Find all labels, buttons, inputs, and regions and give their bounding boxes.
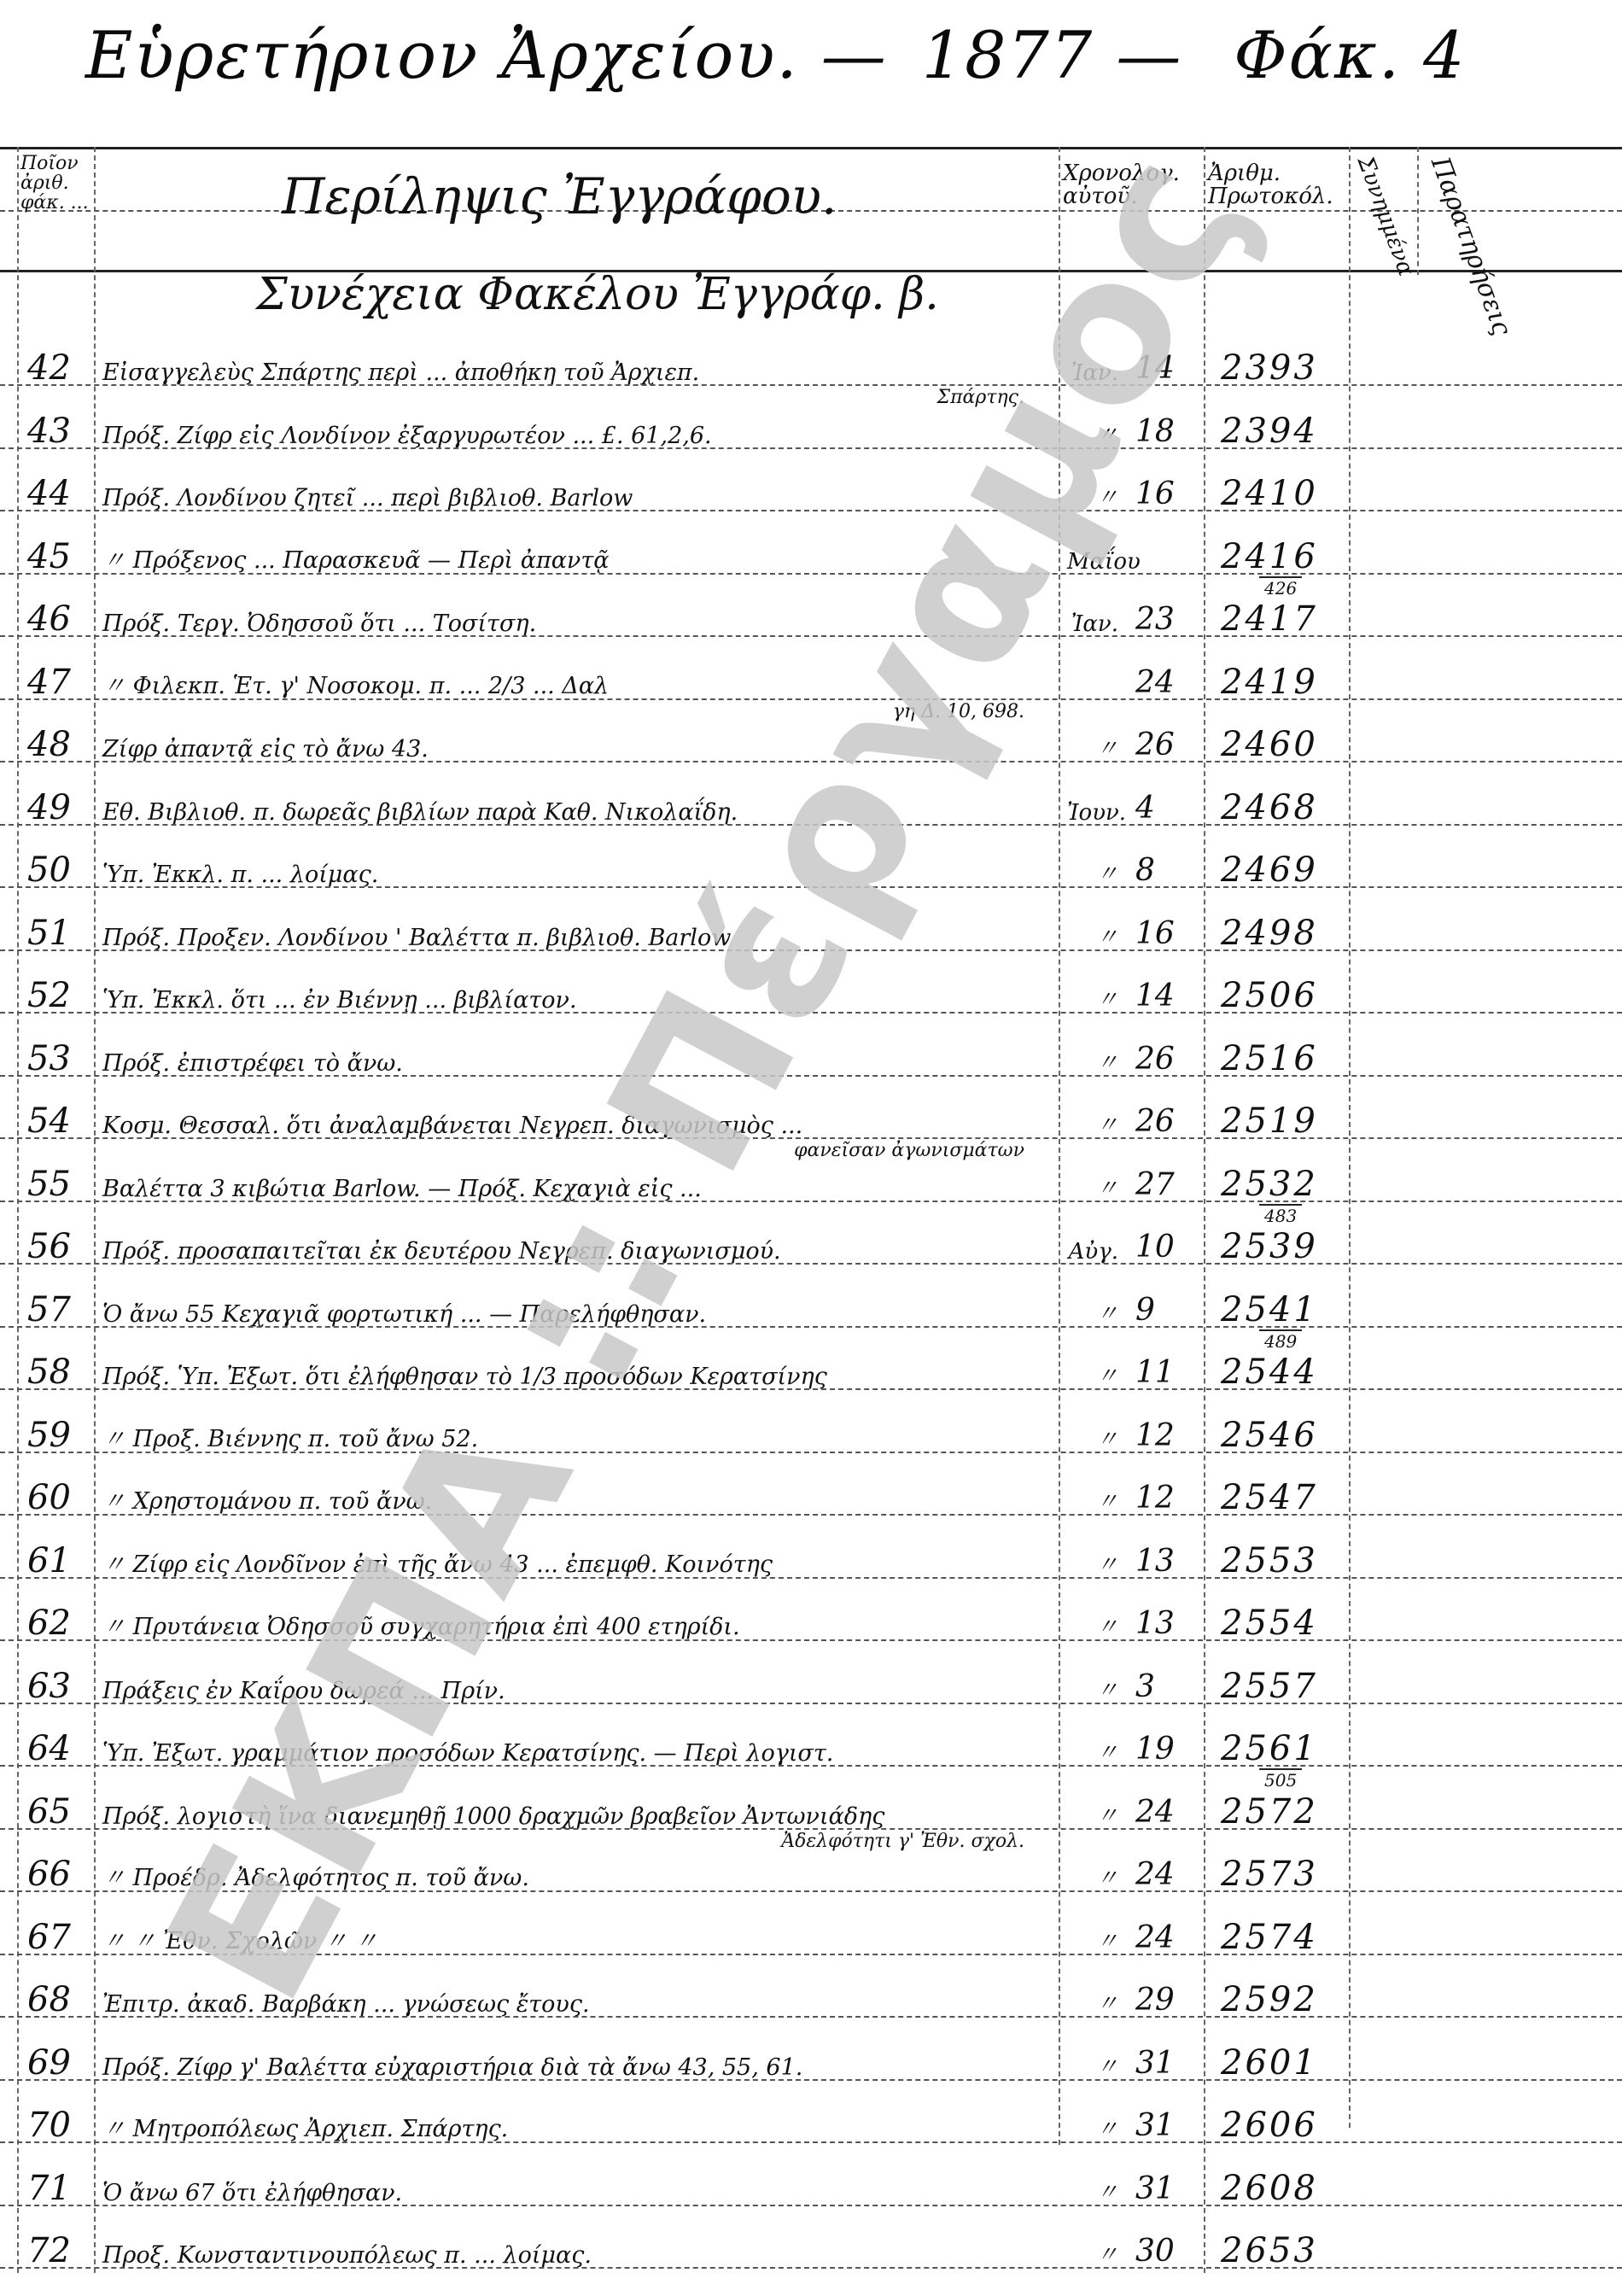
row-rule (0, 761, 1622, 762)
row-number: 67 (27, 1918, 96, 1957)
row-protocol-number: 2546 (1221, 1416, 1340, 1455)
row-rule (0, 1954, 1622, 1955)
row-month: 〃 (1067, 1547, 1118, 1579)
row-month: 〃 (1067, 1484, 1118, 1516)
row-month: 〃 (1067, 2175, 1118, 2206)
row-number: 60 (27, 1478, 96, 1517)
row-month: 〃 (1067, 920, 1118, 951)
column-header-protocol: Ἀριθμ. Πρωτοκόλ. (1208, 162, 1345, 209)
row-number: 72 (27, 2231, 96, 2270)
row-summary: Προξ. Κωνσταντινουπόλεως π. ... λοίμας. (102, 2242, 1041, 2269)
row-month: 〃 (1067, 1107, 1118, 1139)
row-month: Μαΐου (1067, 549, 1118, 575)
row-number: 43 (27, 412, 96, 451)
row-number: 48 (27, 725, 96, 764)
row-day: 31 (1135, 2171, 1187, 2206)
row-rule (0, 384, 1622, 386)
row-protocol-number: 2554 (1221, 1604, 1340, 1643)
row-rule (0, 2079, 1622, 2081)
row-rule (0, 1452, 1622, 1453)
row-month: 〃 (1067, 1358, 1118, 1390)
row-summary: 〃 Ζίφρ εἰς Λονδῖνον ἐπὶ τῆς ἄνω 43 ... ἐ… (102, 1545, 1041, 1579)
row-rule (0, 2016, 1622, 2018)
row-month: Ἰαν. (1067, 611, 1118, 637)
row-day: 26 (1135, 1104, 1187, 1139)
row-rule (0, 824, 1622, 826)
row-rule (0, 1577, 1622, 1579)
row-protocol-number: 2653 (1221, 2231, 1340, 2270)
row-rule (0, 447, 1622, 449)
row-day: 16 (1135, 916, 1187, 951)
row-day: 24 (1135, 1795, 1187, 1830)
row-day: 13 (1135, 1606, 1187, 1641)
row-day: 4 (1135, 791, 1187, 826)
header-top-rule (0, 147, 1622, 149)
row-number: 45 (27, 537, 96, 576)
document-title: Εὑρετήριον Ἀρχείου. —1877 —Φάκ. 4 (85, 17, 1467, 93)
row-day: 13 (1135, 1544, 1187, 1579)
row-day: 12 (1135, 1481, 1187, 1516)
row-protocol-number: 2574 (1221, 1918, 1340, 1957)
row-protocol-number: 2553 (1221, 1541, 1340, 1580)
row-day: 26 (1135, 727, 1187, 762)
row-day: 30 (1135, 2234, 1187, 2269)
row-summary: 〃 Προξ. Βιέννης π. τοῦ ἄνω 52. (102, 1420, 1041, 1453)
row-day: 26 (1135, 1042, 1187, 1077)
row-rule (0, 1828, 1622, 1830)
row-summary: Ὑπ. Ἐκκλ. ὅτι ... ἐν Βιέννῃ ... βιβλίατο… (102, 987, 1041, 1014)
row-protocol-number: 2544 (1221, 1352, 1340, 1392)
row-protocol-number: 2539 (1221, 1227, 1340, 1266)
row-summary: Ὁ ἄνω 67 ὅτι ἐλήφθησαν. (102, 2180, 1041, 2206)
row-month: 〃 (1067, 1735, 1118, 1767)
row-day: 24 (1135, 665, 1187, 700)
row-day: 12 (1135, 1418, 1187, 1453)
row-month: Ἰαν. (1067, 360, 1118, 386)
row-summary: Πρόξ. Τεργ. Ὀδησσοῦ ὅτι ... Τοσίτση. (102, 611, 1041, 637)
row-month: 〃 (1067, 1045, 1118, 1077)
row-month: 〃 (1067, 856, 1118, 888)
row-number: 46 (27, 599, 96, 639)
column-header-summary: Περίληψις Ἐγγράφου. (282, 171, 837, 223)
row-number: 53 (27, 1039, 96, 1078)
row-month: 〃 (1067, 1798, 1118, 1830)
row-protocol-number: 2572 (1221, 1792, 1340, 1832)
table-row: 72Προξ. Κωνσταντινουπόλεως π. ... λοίμας… (0, 2207, 1622, 2286)
row-protocol-number: 2557 (1221, 1667, 1340, 1706)
row-rule (0, 1012, 1622, 1014)
row-day: 3 (1135, 1669, 1187, 1704)
row-summary: 〃 Χρηστομάνου π. τοῦ ἄνω. (102, 1482, 1041, 1516)
row-number: 68 (27, 1980, 96, 2019)
row-month: Ἰουν. (1067, 800, 1118, 826)
row-rule (0, 1201, 1622, 1202)
row-number: 47 (27, 663, 96, 702)
row-summary: Πρόξ. Ζίφρ εἰς Λονδίνον ἐξαργυρωτέον ...… (102, 423, 1041, 449)
row-rule (0, 1075, 1622, 1077)
row-month: 〃 (1067, 480, 1118, 511)
row-number: 69 (27, 2043, 96, 2083)
row-protocol-number: 2394 (1221, 412, 1340, 451)
row-protocol-number: 2516 (1221, 1039, 1340, 1078)
row-day: 9 (1135, 1293, 1187, 1328)
row-summary: Πρόξ. Ζίφρ γ' Βαλέττα εὐχαριστήρια διὰ τ… (102, 2054, 1041, 2081)
row-number: 44 (27, 474, 96, 513)
row-rule (0, 1263, 1622, 1265)
row-summary: Βαλέττα 3 κιβώτια Barlow. — Πρόξ. Κεχαγι… (102, 1176, 1041, 1202)
row-day: 14 (1135, 979, 1187, 1014)
row-month: 〃 (1067, 1673, 1118, 1704)
row-rule (0, 698, 1622, 700)
row-day: 16 (1135, 476, 1187, 511)
row-protocol-number: 2519 (1221, 1101, 1340, 1141)
row-number: 65 (27, 1792, 96, 1832)
row-summary: Πρόξ. λογιστὴ ἵνα διανεμηθῇ 1000 δραχμῶν… (102, 1803, 1041, 1830)
row-month: 〃 (1067, 1422, 1118, 1453)
row-number: 55 (27, 1165, 96, 1204)
section-subtitle: Συνέχεια Φακέλου Ἐγγράφ. β. (256, 269, 939, 320)
row-summary: 〃 Προέδρ. Ἀδελφότητος π. τοῦ ἄνω. (102, 1859, 1041, 1892)
row-protocol-number: 2608 (1221, 2169, 1340, 2208)
row-number: 57 (27, 1290, 96, 1329)
row-day: 27 (1135, 1167, 1187, 1202)
row-day: 14 (1135, 351, 1187, 386)
column-header-enclosure: Συνημμένα (1352, 154, 1417, 279)
row-month: 〃 (1067, 1986, 1118, 2018)
row-summary: Ὑπ. Ἐξωτ. γραμμάτιον προσόδων Κερατσίνης… (102, 1740, 1041, 1767)
row-number: 50 (27, 850, 96, 890)
row-rule (0, 573, 1622, 575)
row-day: 31 (1135, 2046, 1187, 2081)
title-year: 1877 — (922, 17, 1183, 93)
column-divider-enclosure (1417, 147, 1419, 275)
row-number: 62 (27, 1604, 96, 1643)
row-summary: Ἐπιτρ. ἀκαδ. Βαρβάκη ... γνώσεως ἔτους. (102, 1991, 1041, 2018)
row-rule (0, 1326, 1622, 1328)
row-summary: 〃 Φιλεκπ. Ἑτ. γ' Νοσοκομ. π. ... 2/3 ...… (102, 667, 1041, 700)
row-month: 〃 (1067, 2112, 1118, 2143)
row-rule (0, 1137, 1622, 1139)
row-rule (0, 1514, 1622, 1516)
folder-number: Φάκ. 4 (1234, 17, 1466, 93)
row-day: 11 (1135, 1355, 1187, 1390)
row-summary: Πρόξ. ἐπιστρέφει τὸ ἄνω. (102, 1050, 1041, 1077)
row-summary: Κοσμ. Θεσσαλ. ὅτι ἀναλαμβάνεται Νεγρεπ. … (102, 1113, 1041, 1139)
row-summary: Εἰσαγγελεὺς Σπάρτης περὶ ... ἀποθήκη τοῦ… (102, 359, 1041, 386)
row-rule (0, 1703, 1622, 1704)
row-number: 54 (27, 1101, 96, 1141)
row-month: 〃 (1067, 1171, 1118, 1202)
row-number: 61 (27, 1541, 96, 1580)
row-month: 〃 (1067, 1924, 1118, 1955)
row-month: 〃 (1067, 418, 1118, 449)
row-protocol-number: 2468 (1221, 788, 1340, 827)
row-day: 24 (1135, 1920, 1187, 1955)
row-day: 8 (1135, 853, 1187, 888)
row-rule (0, 635, 1622, 637)
row-month: 〃 (1067, 731, 1118, 762)
row-number: 71 (27, 2169, 96, 2208)
row-protocol-number: 2532 (1221, 1165, 1340, 1204)
row-protocol-number: 2541 (1221, 1290, 1340, 1329)
row-summary: Πρόξ. Λονδίνου ζητεῖ ... περὶ βιβλιοθ. B… (102, 485, 1041, 511)
row-number: 52 (27, 976, 96, 1015)
row-number: 63 (27, 1667, 96, 1706)
row-day: 29 (1135, 1983, 1187, 2018)
row-rule (0, 1890, 1622, 1892)
row-summary: Πράξεις ἐν Καΐρου δωρεά ... Πρίν. (102, 1678, 1041, 1704)
row-month: 〃 (1067, 1296, 1118, 1328)
row-summary: 〃 Πρόξενος ... Παρασκευᾶ — Περὶ ἀπαντᾷ (102, 541, 1041, 575)
row-rule (0, 949, 1622, 951)
row-day: 23 (1135, 602, 1187, 637)
row-protocol-number: 2573 (1221, 1855, 1340, 1894)
row-day: 19 (1135, 1732, 1187, 1767)
row-protocol-number: 2547 (1221, 1478, 1340, 1517)
column-header-remarks: Παρατηρήσεις (1426, 154, 1515, 339)
row-summary: Ὑπ. Ἐκκλ. π. ... λοίμας. (102, 862, 1041, 888)
row-day: 24 (1135, 1857, 1187, 1892)
row-rule (0, 886, 1622, 888)
column-header-serial: Ποῖον ἀριθ. φάκ. ... (20, 154, 92, 213)
row-summary: Πρόξ. Ὑπ. Ἐξωτ. ὅτι ἐλήφθησαν τὸ 1/3 προ… (102, 1364, 1041, 1390)
row-month: 〃 (1067, 982, 1118, 1014)
row-summary: Ὁ ἄνω 55 Κεχαγιᾶ φορτωτική ... — Παρελήφ… (102, 1301, 1041, 1328)
row-number: 58 (27, 1352, 96, 1392)
row-month: 〃 (1067, 2049, 1118, 2081)
row-rule (0, 1388, 1622, 1390)
row-summary: 〃 Μητροπόλεως Ἀρχιεπ. Σπάρτης. (102, 2110, 1041, 2143)
row-number: 51 (27, 914, 96, 953)
row-rule (0, 2141, 1622, 2143)
row-protocol-number: 2393 (1221, 348, 1340, 388)
row-number: 56 (27, 1227, 96, 1266)
row-month: 〃 (1067, 1861, 1118, 1892)
row-summary: Πρόξ. προσαπαιτεῖται ἐκ δευτέρου Νεγρεπ.… (102, 1238, 1041, 1265)
row-summary: 〃 Πρυτάνεια Ὀδησσοῦ συγχαρητήρια ἐπὶ 400… (102, 1608, 1041, 1641)
row-protocol-number: 2498 (1221, 914, 1340, 953)
archival-ledger-page: Εὑρετήριον Ἀρχείου. —1877 —Φάκ. 4 Ποῖον … (0, 0, 1622, 2296)
row-rule (0, 2267, 1622, 2269)
row-month: 〃 (1067, 1610, 1118, 1641)
row-rule (0, 2205, 1622, 2206)
row-number: 70 (27, 2106, 96, 2145)
row-protocol-number: 2416 (1221, 537, 1340, 576)
row-rule (0, 1765, 1622, 1767)
row-rule (0, 510, 1622, 511)
row-protocol-number: 2460 (1221, 725, 1340, 764)
row-month: 〃 (1067, 2237, 1118, 2269)
row-day: 18 (1135, 414, 1187, 449)
row-month: Αὐγ. (1067, 1239, 1118, 1265)
row-summary: Πρόξ. Προξεν. Λονδίνου ' Βαλέττα π. βιβλ… (102, 925, 1041, 951)
row-summary: Ζίφρ ἀπαντᾷ εἰς τὸ ἄνω 43. (102, 736, 1041, 762)
row-protocol-number: 2410 (1221, 474, 1340, 513)
row-protocol-number: 2601 (1221, 2043, 1340, 2083)
row-protocol-number: 2419 (1221, 663, 1340, 702)
row-protocol-number: 2417 (1221, 599, 1340, 639)
row-summary: 〃 〃 Ἐθν. Σχολῶν 〃 〃 (102, 1922, 1041, 1955)
row-protocol-number: 2606 (1221, 2106, 1340, 2145)
row-number: 59 (27, 1416, 96, 1455)
row-summary: Εθ. Βιβλιοθ. π. δωρεᾶς βιβλίων παρὰ Καθ.… (102, 799, 1041, 826)
row-protocol-number: 2469 (1221, 850, 1340, 890)
row-number: 64 (27, 1729, 96, 1768)
row-day: 31 (1135, 2108, 1187, 2143)
title-text: Εὑρετήριον Ἀρχείου. — (85, 17, 888, 93)
row-rule (0, 1639, 1622, 1641)
row-protocol-number: 2561 (1221, 1729, 1340, 1768)
row-number: 49 (27, 788, 96, 827)
row-protocol-number: 2592 (1221, 1980, 1340, 2019)
row-protocol-number: 2506 (1221, 976, 1340, 1015)
row-number: 42 (27, 348, 96, 388)
column-header-date: Χρονολογ. αὐτοῦ. (1063, 162, 1199, 209)
row-number: 66 (27, 1855, 96, 1894)
row-day: 10 (1135, 1230, 1187, 1265)
